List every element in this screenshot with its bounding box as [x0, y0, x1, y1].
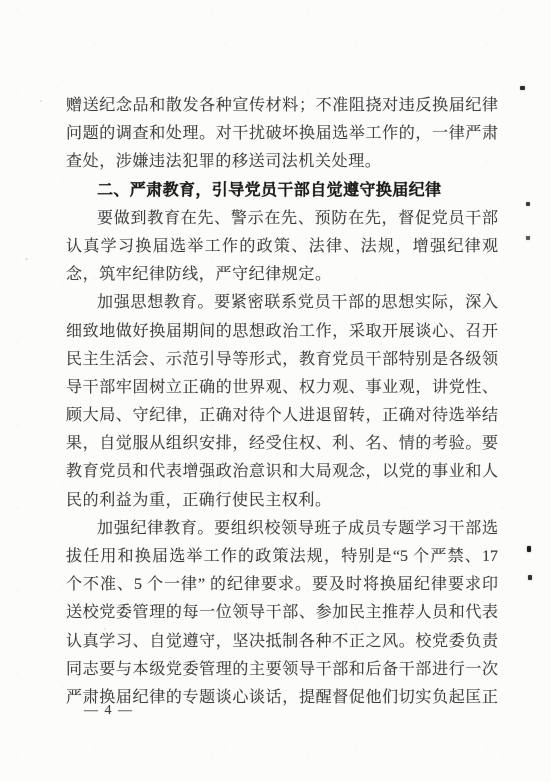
text-line: 赠送纪念品和散发各种宣传材料；不准阻挠对违反换届纪律 [66, 92, 498, 120]
text-line: 加强纪律教育。要组织校领导班子成员专题学习干部选 [66, 515, 498, 543]
scan-artifact [527, 546, 531, 552]
text-line: 认真学习、自觉遵守，坚决抵制各种不正之风。校党委负责 [66, 628, 498, 656]
section-heading: 二、严肃教育，引导党员干部自觉遵守换届纪律 [66, 177, 498, 205]
scan-artifact [520, 86, 525, 90]
text-line: 顾大局、守纪律，正确对待个人进退留转，正确对待选举结 [66, 402, 498, 430]
text-line: 送校党委管理的每一位领导干部、参加民主推荐人员和代表 [66, 599, 498, 627]
scan-artifact [526, 236, 530, 240]
scan-artifact [40, 100, 42, 102]
scan-artifact [526, 202, 530, 206]
text-line: 个不准、5 个一律” 的纪律要求。要及时将换届纪律要求印 [66, 571, 498, 599]
text-line: 加强思想教育。要紧密联系党员干部的思想实际，深入 [66, 289, 498, 317]
text-line: 认真学习换届选举工作的政策、法律、法规，增强纪律观 [66, 233, 498, 261]
text-line: 果，自觉服从组织安排，经受住权、利、名、情的考验。要 [66, 430, 498, 458]
page-number: — 4 — [84, 701, 134, 721]
text-line: 导干部牢固树立正确的世界观、权力观、事业观，讲党性、 [66, 374, 498, 402]
text-line: 教育党员和代表增强政治意识和大局观念，以党的事业和人 [66, 458, 498, 486]
text-line: 查处，涉嫌违法犯罪的移送司法机关处理。 [66, 148, 498, 176]
text-line: 细致地做好换届期间的思想政治工作，采取开展谈心、召开 [66, 318, 498, 346]
document-body: 赠送纪念品和散发各种宣传材料；不准阻挠对违反换届纪律问题的调查和处理。对干扰破坏… [66, 92, 498, 712]
text-line: 问题的调查和处理。对干扰破坏换届选举工作的，一律严肃 [66, 120, 498, 148]
scanned-document-page: 赠送纪念品和散发各种宣传材料；不准阻挠对违反换届纪律问题的调查和处理。对干扰破坏… [0, 0, 551, 782]
text-line: 念，筑牢纪律防线，严守纪律规定。 [66, 261, 498, 289]
text-line: 拔任用和换届选举工作的政策法规，特别是“5 个严禁、17 [66, 543, 498, 571]
scan-artifact [25, 258, 28, 260]
text-line: 民的利益为重，正确行使民主权利。 [66, 487, 498, 515]
text-line: 民主生活会、示范引导等形式，教育党员干部特别是各级领 [66, 346, 498, 374]
scan-artifact [528, 575, 532, 580]
text-line: 同志要与本级党委管理的主要领导干部和后备干部进行一次 [66, 656, 498, 684]
text-line: 要做到教育在先、警示在先、预防在先，督促党员干部 [66, 205, 498, 233]
